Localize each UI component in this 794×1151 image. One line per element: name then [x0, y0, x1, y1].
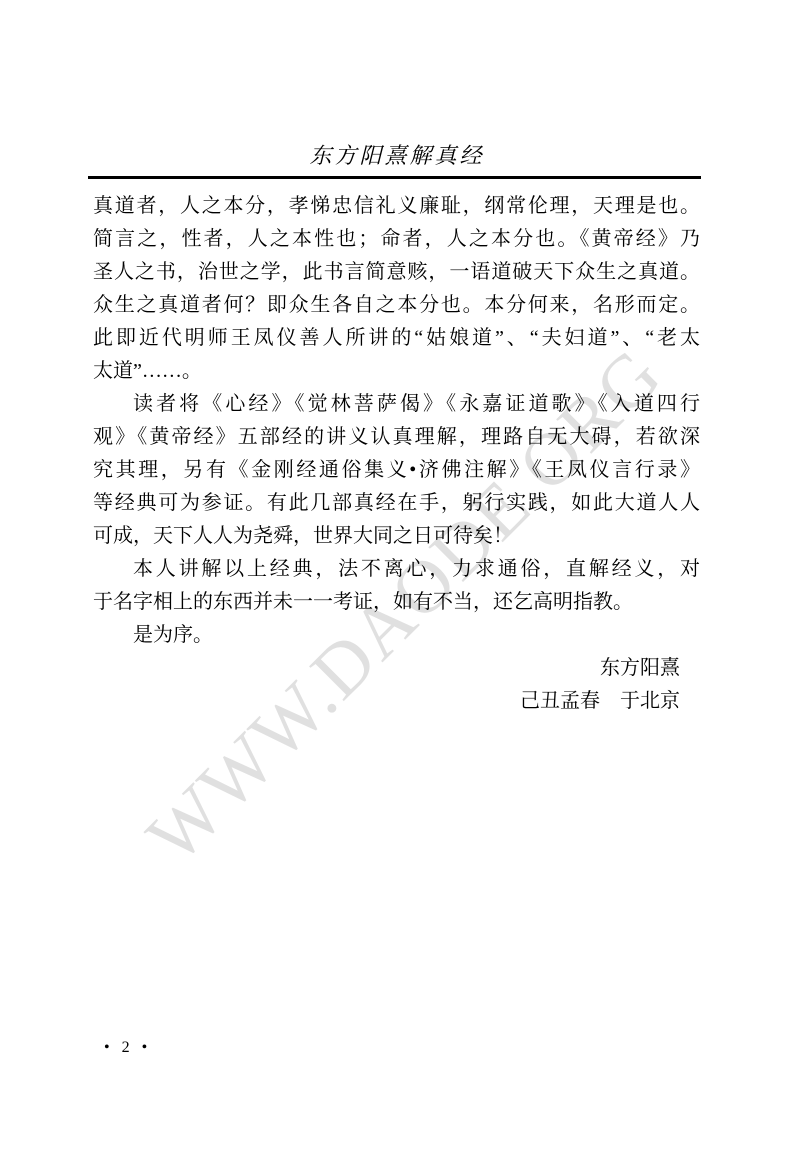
document-page: WWW.DAODE.ORG 东方阳熹解真经 真道者，人之本分，孝悌忠信礼义廉耻，…	[0, 0, 794, 1151]
page-number: • 2 •	[104, 1039, 151, 1057]
header-rule	[88, 176, 701, 179]
body-line: 众生之真道者何？即众生各自之本分也。本分何来，名形而定。	[93, 289, 700, 322]
running-head-title: 东方阳熹解真经	[0, 139, 794, 170]
signature-author: 东方阳熹	[93, 652, 700, 685]
body-text: 真道者，人之本分，孝悌忠信礼义廉耻，纲常伦理，天理是也。 简言之，性者，人之本性…	[93, 190, 700, 718]
body-line: 读者将《心经》《觉林菩萨偈》《永嘉证道歌》《入道四行	[93, 388, 700, 421]
body-line: 等经典可为参证。有此几部真经在手，躬行实践，如此大道人人	[93, 487, 700, 520]
body-line: 究其理，另有《金刚经通俗集义•济佛注解》《王凤仪言行录》	[93, 454, 700, 487]
body-line: 简言之，性者，人之本性也；命者，人之本分也。《黄帝经》乃	[93, 223, 700, 256]
body-line: 太道”……。	[93, 355, 700, 388]
signature-date: 己丑孟春 于北京	[93, 685, 700, 718]
body-line: 此即近代明师王凤仪善人所讲的“姑娘道”、“夫妇道”、“老太	[93, 322, 700, 355]
body-line: 观》《黄帝经》五部经的讲义认真理解，理路自无大碍，若欲深	[93, 421, 700, 454]
body-line: 圣人之书，治世之学，此书言简意赅，一语道破天下众生之真道。	[93, 256, 700, 289]
body-line: 真道者，人之本分，孝悌忠信礼义廉耻，纲常伦理，天理是也。	[93, 190, 700, 223]
body-line: 于名字相上的东西并未一一考证，如有不当，还乞高明指教。	[93, 586, 700, 619]
body-line: 可成，天下人人为尧舜，世界大同之日可待矣！	[93, 520, 700, 553]
body-line: 本人讲解以上经典，法不离心，力求通俗，直解经义，对	[93, 553, 700, 586]
body-line: 是为序。	[93, 619, 700, 652]
